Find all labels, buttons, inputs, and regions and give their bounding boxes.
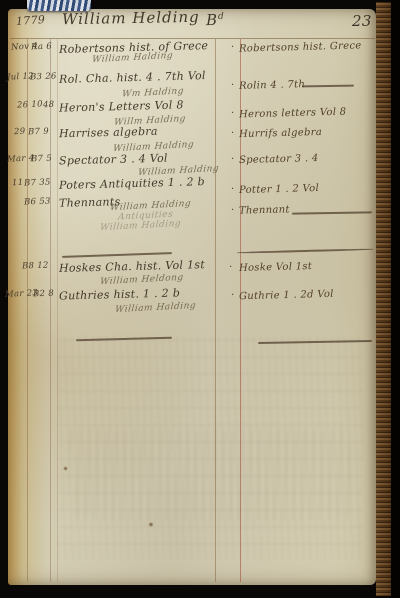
return-tick: · [229,262,232,273]
entry-date: 11 [12,178,24,189]
ledger-photo: 1779 William Helding Bd 23 Nov 4 Ra 6 Ro… [0,0,400,598]
entry-summary: Potter 1 . 2 Vol [239,183,319,196]
entry-summary: Thennant [239,204,290,216]
return-tick: · [231,154,234,165]
return-tick: · [231,128,234,139]
entry-summary: Spectator 3 . 4 [239,153,319,166]
entry-title: Thennants [59,195,121,210]
entry-shelfmark: Ra 6 [31,42,52,53]
entry-summary: Hurrifs algebra [239,127,322,140]
margin-rule-1 [27,39,28,582]
entry-shelfmark: B2 8 [33,289,54,300]
entry-shelfmark: B7 9 [28,127,49,138]
entry-shelfmark: 48 [43,100,55,110]
ledger-header-name: William Helding [62,8,200,28]
ledger-abbrev: Bd [206,11,225,29]
ink-bleed-through [70,430,350,520]
entry-summary: Hoske Vol 1st [239,261,312,274]
return-tick: · [231,205,234,216]
return-tick: · [231,184,234,195]
entry-date: 29 [14,127,26,138]
entry-shelfmark: B6 53 [24,197,51,208]
foxing-spot [63,466,68,471]
entry-shelfmark: B7 5 [31,154,52,165]
entry-date: 26 10 [17,99,43,110]
entry-shelfmark: B7 35 [24,178,51,189]
foxing-spot [148,522,154,527]
return-tick: · [231,108,234,119]
background-shadow [391,0,400,598]
page-number: 23 [352,12,372,30]
entry-title: Harrises algebra [59,125,158,141]
ledger-year: 1779 [16,13,46,28]
margin-rule-2 [50,39,51,582]
entry-summary: Rolin 4 . 7th [239,79,305,92]
return-tick: · [231,80,234,91]
return-tick: · [231,42,234,53]
entry-shelfmark: B3 26 [30,72,57,83]
entry-shelfmark: B8 12 [22,261,49,272]
return-tick: · [231,290,234,301]
